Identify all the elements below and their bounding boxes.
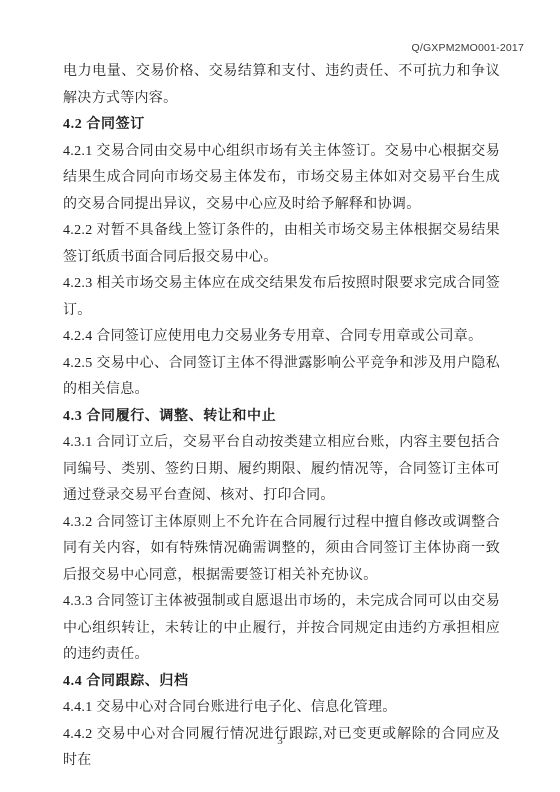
document-body: 电力电量、交易价格、交易结算和支付、违约责任、不可抗力和争议解决方式等内容。4.… (63, 59, 500, 775)
paragraph: 4.4.2 交易中心对合同履行情况进行跟踪,对已变更或解除的合同应及时在 (63, 722, 500, 775)
paragraph: 4.3.3 合同签订主体被强制或自愿退出市场的，未完成合同可以由交易中心组织转让… (63, 589, 500, 669)
document-code-header: Q/GXPM2MO001-2017 (411, 42, 524, 54)
section-heading: 4.4 合同跟踪、归档 (63, 669, 500, 696)
paragraph: 4.2.4 合同签订应使用电力交易业务专用章、合同专用章或公司章。 (63, 324, 500, 351)
paragraph: 4.2.2 对暂不具备线上签订条件的，由相关市场交易主体根据交易结果签订纸质书面… (63, 218, 500, 271)
paragraph: 4.2.3 相关市场交易主体应在成交结果发布后按照时限要求完成合同签订。 (63, 271, 500, 324)
paragraph: 4.4.1 交易中心对合同台账进行电子化、信息化管理。 (63, 695, 500, 722)
document-page: Q/GXPM2MO001-2017 电力电量、交易价格、交易结算和支付、违约责任… (0, 0, 560, 792)
section-heading: 4.2 合同签订 (63, 112, 500, 139)
paragraph: 电力电量、交易价格、交易结算和支付、违约责任、不可抗力和争议解决方式等内容。 (63, 59, 500, 112)
paragraph: 4.3.2 合同签订主体原则上不允许在合同履行过程中擅自修改或调整合同有关内容，… (63, 510, 500, 590)
page-number: 3 (0, 735, 560, 747)
paragraph: 4.3.1 合同订立后，交易平台自动按类建立相应台账，内容主要包括合同编号、类别… (63, 430, 500, 510)
paragraph: 4.2.5 交易中心、合同签订主体不得泄露影响公平竞争和涉及用户隐私的相关信息。 (63, 351, 500, 404)
paragraph: 4.2.1 交易合同由交易中心组织市场有关主体签订。交易中心根据交易结果生成合同… (63, 139, 500, 219)
section-heading: 4.3 合同履行、调整、转让和中止 (63, 404, 500, 431)
